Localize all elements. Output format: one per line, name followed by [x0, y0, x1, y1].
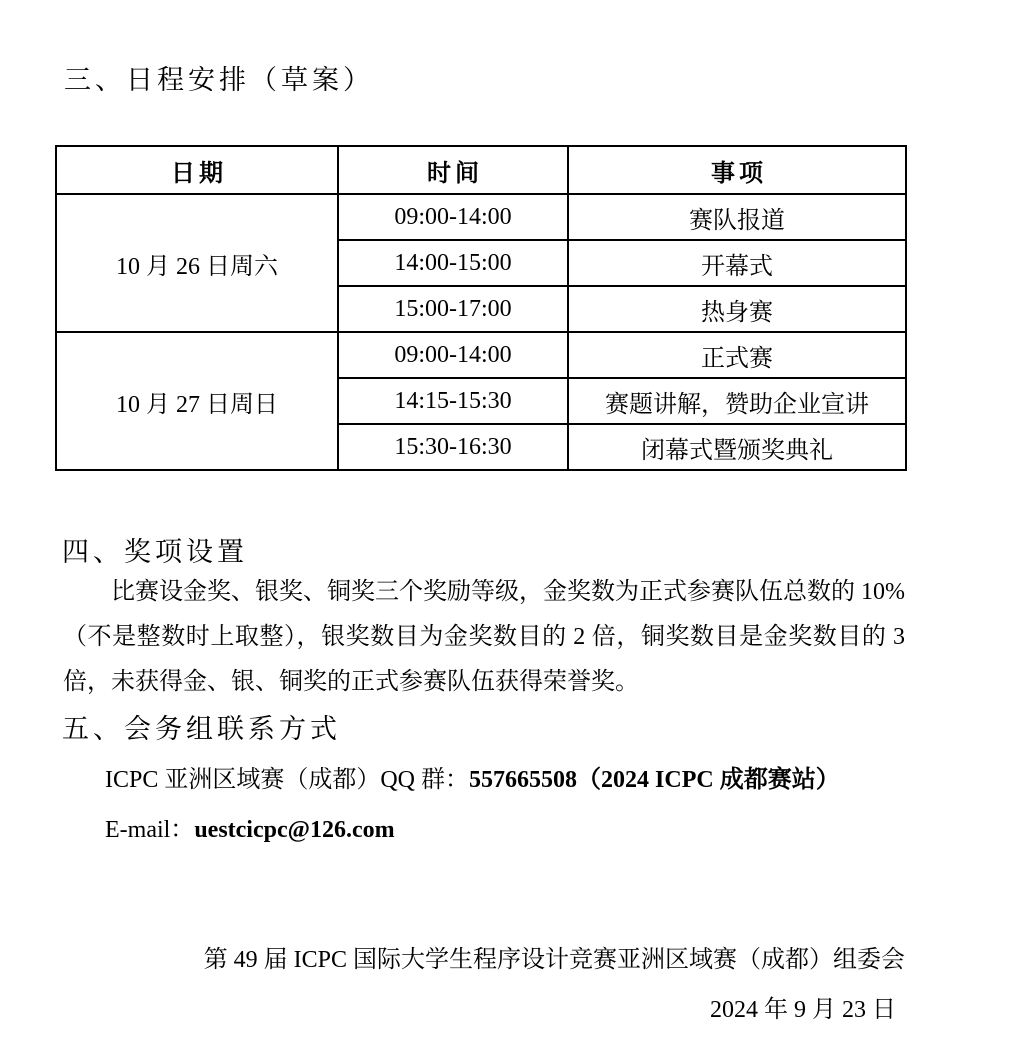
organizer-line: 第 49 届 ICPC 国际大学生程序设计竞赛亚洲区域赛（成都）组委会	[0, 935, 905, 985]
event-cell: 热身赛	[568, 286, 906, 332]
table-header-row: 日期 时间 事项	[56, 146, 906, 194]
qq-group-number: 557665508（2024 ICPC 成都赛站）	[469, 767, 840, 793]
time-cell: 14:15-15:30	[338, 378, 568, 424]
email-address: uestcicpc@126.com	[194, 817, 394, 843]
date-line: 2024 年 9 月 23 日	[0, 985, 905, 1035]
column-header-time: 时间	[338, 146, 568, 194]
schedule-table: 日期 时间 事项 10 月 26 日周六 09:00-14:00 赛队报道 14…	[55, 145, 907, 471]
event-cell: 赛队报道	[568, 194, 906, 240]
time-cell: 15:00-17:00	[338, 286, 568, 332]
date-cell-day2: 10 月 27 日周日	[56, 332, 338, 470]
section-heading-schedule: 三、日程安排（草案）	[64, 58, 374, 97]
awards-paragraph-line: 倍，未获得金、银、铜奖的正式参赛队伍获得荣誉奖。	[63, 660, 905, 705]
qq-group-label: ICPC 亚洲区域赛（成都）QQ 群：	[105, 767, 469, 793]
signature-block: 第 49 届 ICPC 国际大学生程序设计竞赛亚洲区域赛（成都）组委会 2024…	[0, 935, 905, 1035]
time-cell: 09:00-14:00	[338, 332, 568, 378]
column-header-event: 事项	[568, 146, 906, 194]
event-cell: 开幕式	[568, 240, 906, 286]
email-line: E-mail：uestcicpc@126.com	[105, 805, 840, 855]
awards-paragraph-line: （不是整数时上取整），银奖数目为金奖数目的 2 倍，铜奖数目是金奖数目的 3	[63, 615, 905, 660]
date-cell-day1: 10 月 26 日周六	[56, 194, 338, 332]
event-cell: 闭幕式暨颁奖典礼	[568, 424, 906, 470]
time-cell: 15:30-16:30	[338, 424, 568, 470]
section-heading-contact: 五、会务组联系方式	[62, 707, 341, 746]
table-row: 10 月 26 日周六 09:00-14:00 赛队报道	[56, 194, 906, 240]
time-cell: 09:00-14:00	[338, 194, 568, 240]
event-cell: 正式赛	[568, 332, 906, 378]
contact-block: ICPC 亚洲区域赛（成都）QQ 群：557665508（2024 ICPC 成…	[105, 755, 840, 855]
column-header-date: 日期	[56, 146, 338, 194]
awards-paragraph-line: 比赛设金奖、银奖、铜奖三个奖励等级，金奖数为正式参赛队伍总数的 10%	[63, 570, 905, 615]
time-cell: 14:00-15:00	[338, 240, 568, 286]
awards-paragraph: 比赛设金奖、银奖、铜奖三个奖励等级，金奖数为正式参赛队伍总数的 10% （不是整…	[63, 570, 905, 705]
qq-group-line: ICPC 亚洲区域赛（成都）QQ 群：557665508（2024 ICPC 成…	[105, 755, 840, 805]
document-page: 三、日程安排（草案） 日期 时间 事项 10 月 26 日周六 09:00-14…	[0, 0, 1014, 1056]
email-label: E-mail：	[105, 817, 194, 843]
event-cell: 赛题讲解，赞助企业宣讲	[568, 378, 906, 424]
section-heading-awards: 四、奖项设置	[62, 530, 248, 569]
table-row: 10 月 27 日周日 09:00-14:00 正式赛	[56, 332, 906, 378]
